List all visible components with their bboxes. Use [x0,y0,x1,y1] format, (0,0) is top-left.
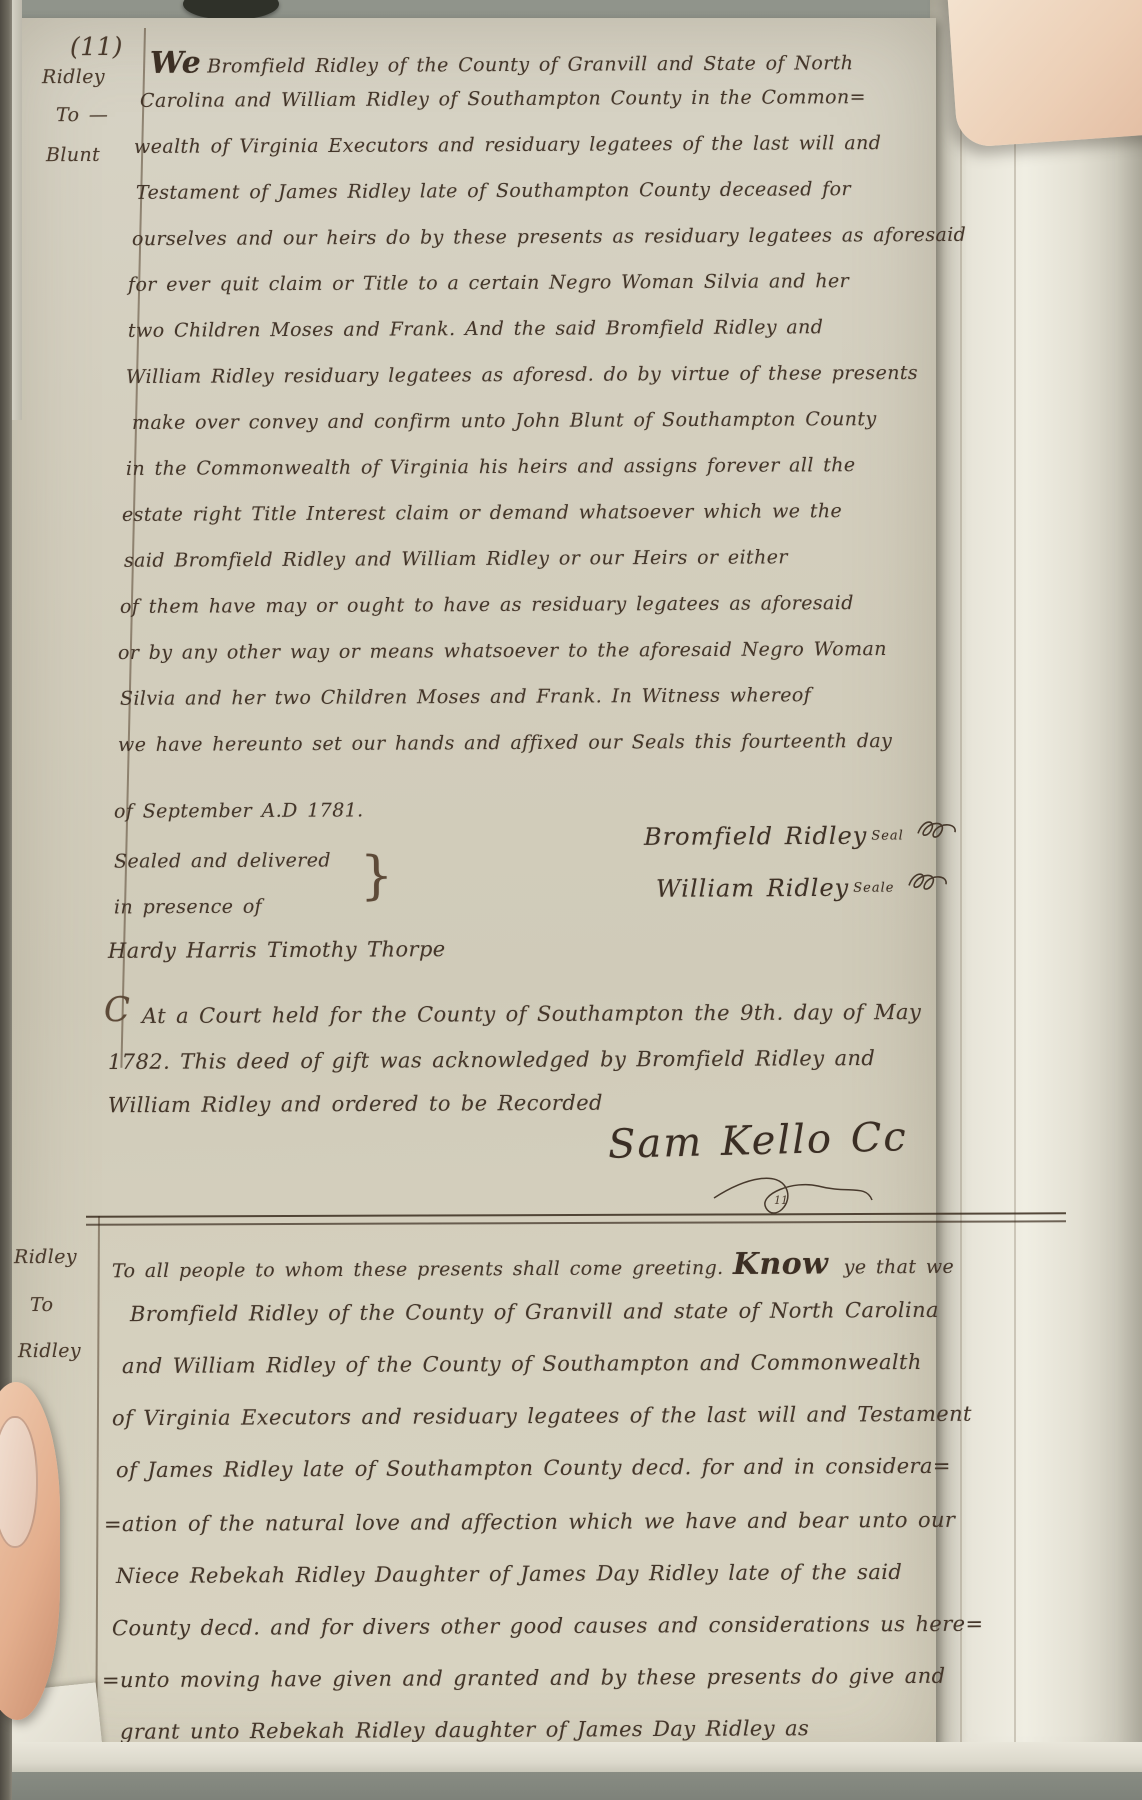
deed1-line: said Bromfield Ridley and William Ridley… [124,546,788,571]
seal-label: Seale [853,881,894,896]
book-cover-corner [946,0,1142,148]
clerk-flourish-icon [708,1170,878,1226]
thumb-nail [0,1416,38,1548]
clerk-flourish: 11 [708,1170,878,1230]
witness-names: Hardy Harris Timothy Thorpe [108,937,446,963]
deed2-know-word: Know [733,1246,829,1281]
deed1-line: ourselves and our heirs do by these pres… [132,224,966,250]
deed1-line: in the Commonwealth of Virginia his heir… [126,454,856,480]
court-line: William Ridley and ordered to be Recorde… [108,1091,603,1118]
deed1-line: wealth of Virginia Executors and residua… [134,132,881,158]
deed1-line: of them have may or ought to have as res… [120,592,854,618]
signature-bromfield-ridley: Bromfield RidleySeal [644,817,962,851]
margin-note-to: To [30,1294,54,1316]
deed1-line: of September A.D 1781. [114,799,364,822]
brace-flourish: } [360,846,394,906]
court-line: 1782. This deed of gift was acknowledged… [108,1046,875,1074]
deed1-line: make over convey and confirm unto John B… [132,408,877,434]
court-line: At a Court held for the County of Southa… [142,1000,921,1028]
deed2-line: County decd. and for divers other good c… [112,1612,984,1641]
witness-block-line: in presence of [114,896,262,919]
photograph-of-manuscript: (11) Ridley To — Blunt WeBromfield Ridle… [0,0,1142,1800]
bottom-page-edges [0,1742,1142,1776]
deed2-line: grant unto Rebekah Ridley daughter of Ja… [120,1716,809,1744]
deed1-line: William Ridley residuary legatees as afo… [126,362,918,388]
margin-note-party: Ridley [14,1246,77,1268]
deed1-line: Silvia and her two Children Moses and Fr… [120,684,811,710]
page-number: (11) [70,32,123,61]
deed1-line: WeBromfield Ridley of the County of Gran… [150,42,854,81]
deed1-line: for ever quit claim or Title to a certai… [128,270,849,296]
deed2-line: =unto moving have given and granted and … [102,1664,946,1692]
page-edge-sliver [12,0,22,420]
clerk-signature: Sam Kello Cc [607,1114,908,1168]
deed2-line: To all people to whom these presents sha… [112,1246,954,1285]
deed1-line: two Children Moses and Frank. And the sa… [128,316,823,342]
dark-object-on-table [183,0,279,20]
margin-note-party: Blunt [46,144,100,166]
deed2-line: of James Ridley late of Southampton Coun… [116,1454,951,1482]
underlying-page-stack [930,0,1142,1778]
paragraph-flourish: C [104,990,131,1030]
deed1-line: we have hereunto set our hands and affix… [118,730,892,756]
deed1-opening-word: We [150,46,201,81]
margin-note-party: Ridley [42,66,105,88]
section-divider-line [86,1212,1066,1225]
manuscript-page: (11) Ridley To — Blunt WeBromfield Ridle… [8,18,936,1770]
page-edge-seam [1014,0,1016,1778]
deed1-line: estate right Title Interest claim or dem… [122,500,842,526]
deed2-line: Bromfield Ridley of the County of Granvi… [130,1298,939,1326]
seal-flourish-icon [906,869,952,895]
margin-note-to: To — [56,104,108,126]
witness-block-line: Sealed and delivered [114,849,331,872]
deed1-line: Carolina and William Ridley of Southampt… [140,86,866,112]
table-surface [0,1772,1142,1800]
deed2-line: of Virginia Executors and residuary lega… [112,1402,972,1431]
signature-william-ridley: William RidleySeale [656,869,952,903]
seal-flourish-icon [915,817,961,843]
deed2-line: =ation of the natural love and affection… [104,1508,955,1536]
deed2-line: and William Ridley of the County of Sout… [122,1350,922,1378]
deed1-line: Testament of James Ridley late of Southa… [136,178,851,204]
deed1-line: or by any other way or means whatsoever … [118,638,887,664]
deed2-line: Niece Rebekah Ridley Daughter of James D… [116,1560,902,1588]
page-edge-seam [960,0,962,1778]
clerk-flourish-number: 11 [774,1194,788,1207]
seal-label: Seal [871,828,904,843]
margin-note-party: Ridley [18,1340,81,1362]
